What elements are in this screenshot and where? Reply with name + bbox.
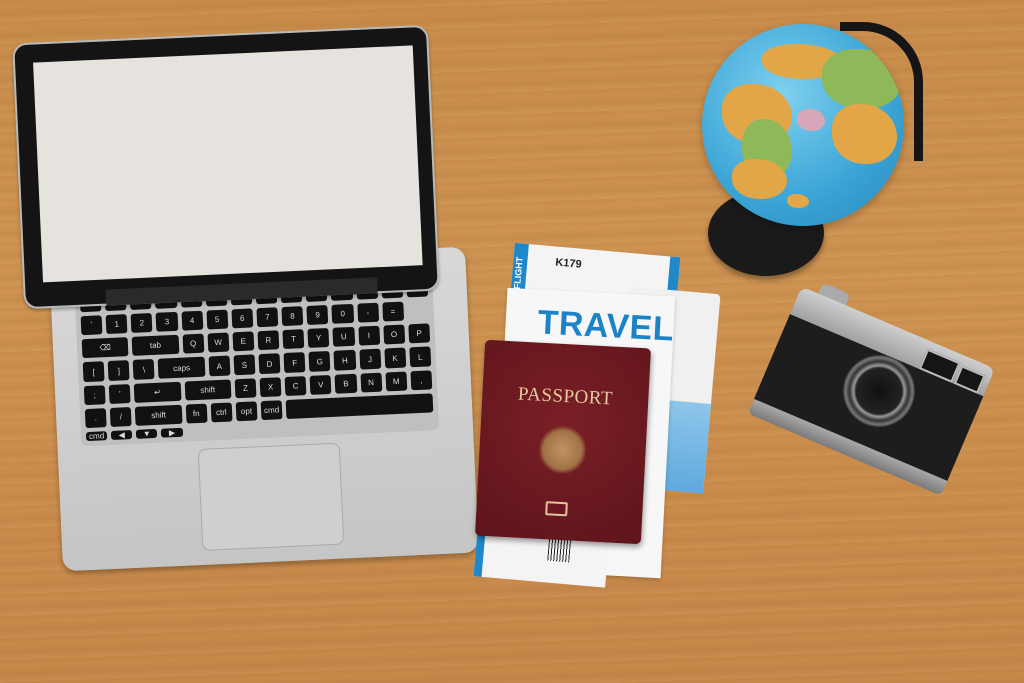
biometric-chip-icon [545, 501, 568, 516]
keyboard-key: 2 [131, 313, 153, 333]
keyboard-key: ' [109, 384, 131, 404]
globe-land-middle-east [797, 109, 825, 131]
keyboard-key: J [359, 349, 381, 369]
keyboard-key: opt [236, 401, 258, 421]
keyboard-key: U [333, 327, 355, 347]
keyboard-key: shift [184, 379, 231, 400]
keyboard-key: ▶ [161, 428, 183, 438]
keyboard-key: V [310, 375, 332, 395]
keyboard-key: K [384, 348, 406, 368]
keyboard-key: caps [158, 357, 205, 378]
keyboard-key: 8 [282, 306, 304, 326]
keyboard-key: ; [84, 385, 106, 405]
keyboard-key: ⌫ [82, 337, 129, 358]
keyboard-key: M [385, 371, 407, 391]
keyboard-key: - [357, 303, 379, 323]
passport: PASSPORT [475, 340, 651, 544]
keyboard-key: tab [132, 335, 179, 356]
boarding-pass-flight-code: K179 [555, 257, 582, 271]
keyboard-key: 9 [307, 305, 329, 325]
keyboard-key: 5 [206, 310, 228, 330]
keyboard-key: 6 [231, 309, 253, 329]
keyboard-key: ▼ [136, 429, 158, 439]
laptop-screen [33, 45, 423, 282]
keyboard-key: 1 [106, 314, 128, 334]
keyboard-key: ◀ [111, 430, 133, 440]
keyboard-key: . [85, 408, 107, 428]
keyboard-key: = [382, 302, 404, 322]
keyboard-key: D [259, 354, 281, 374]
keyboard-key: cmd [261, 400, 283, 420]
laptop-lid [12, 25, 440, 310]
coat-of-arms-icon [538, 423, 587, 477]
keyboard-key: B [335, 373, 357, 393]
keyboard-key: \ [133, 359, 155, 379]
laptop-trackpad [198, 443, 344, 551]
keyboard-key: F [284, 353, 306, 373]
keyboard-key: G [309, 351, 331, 371]
keyboard-key: fn [185, 403, 207, 423]
keyboard-key: ] [108, 361, 130, 381]
keyboard-key: S [233, 355, 255, 375]
globe-land-africa-south [732, 159, 787, 199]
keyboard-key: R [257, 331, 279, 351]
keyboard-key: X [260, 377, 282, 397]
keyboard-key: 4 [181, 311, 203, 331]
keyboard-key [286, 393, 434, 419]
keyboard-key: A [208, 356, 230, 376]
globe [702, 24, 904, 226]
keyboard-key: ctrl [210, 402, 232, 422]
keyboard-key: P [408, 324, 430, 344]
keyboard-key: Q [182, 334, 204, 354]
keyboard-key: 0 [332, 304, 354, 324]
keyboard-key: Z [234, 378, 256, 398]
keyboard-key: I [358, 326, 380, 346]
keyboard-key: Y [308, 328, 330, 348]
keyboard-key: W [207, 333, 229, 353]
keyboard-key: O [383, 325, 405, 345]
keyboard-key: ↵ [134, 381, 181, 402]
keyboard-key: [ [83, 362, 105, 382]
keyboard-key: L [409, 347, 431, 367]
keyboard-key: , [410, 370, 432, 390]
boarding-pass-side-label: FLIGHT [512, 256, 525, 289]
keyboard-key: 7 [256, 307, 278, 327]
film-camera [747, 287, 995, 498]
keyboard-key: N [360, 372, 382, 392]
keyboard-key: / [110, 407, 132, 427]
passport-title: PASSPORT [482, 382, 649, 413]
globe-land-madagascar [787, 194, 809, 208]
keyboard-key: E [232, 332, 254, 352]
keyboard-key: H [334, 350, 356, 370]
keyboard-key: C [285, 376, 307, 396]
keyboard-key: cmd [86, 431, 108, 441]
keyboard-key: 3 [156, 312, 178, 332]
keyboard-key: T [283, 329, 305, 349]
keyboard-key: shift [135, 405, 182, 426]
globe-land-asia-south [832, 104, 897, 164]
keyboard-key: ` [81, 315, 103, 335]
